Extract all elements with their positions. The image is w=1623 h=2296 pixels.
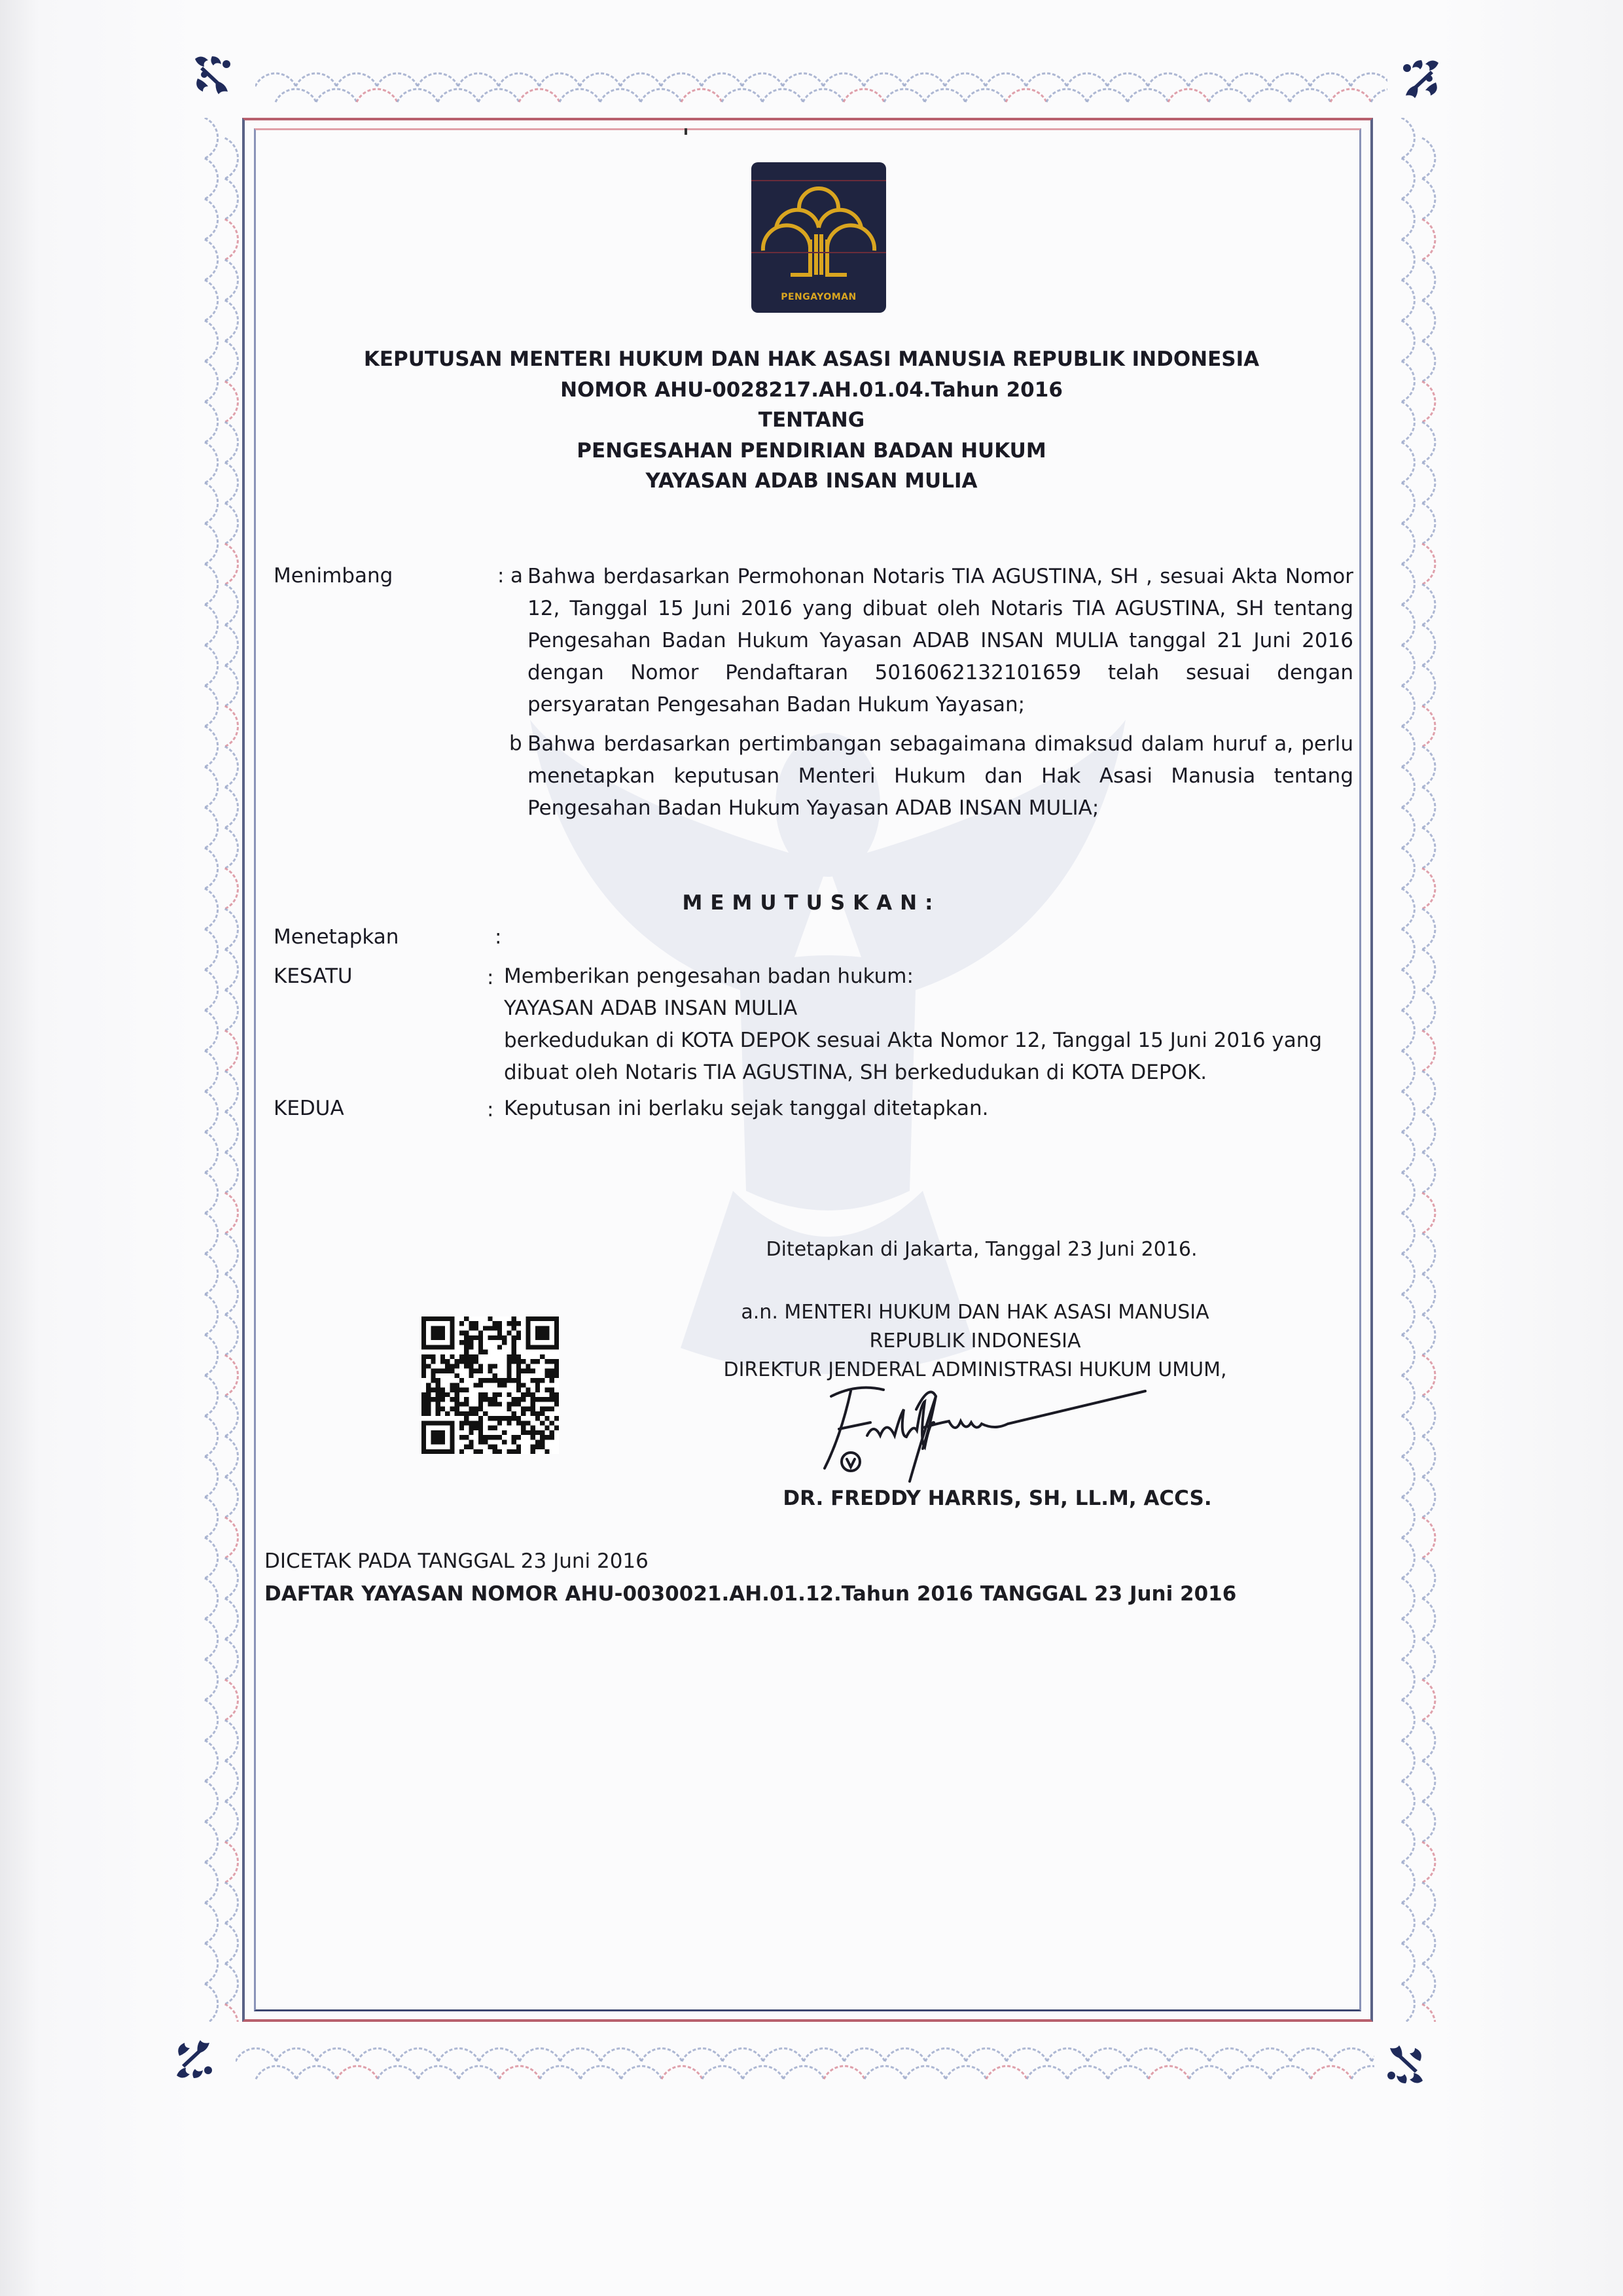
qr-code[interactable] [421, 1316, 559, 1454]
signer-name: DR. FREDDY HARRIS, SH, LL.M, ACCS. [736, 1484, 1259, 1513]
title-subject: PENGESAHAN PENDIRIAN BADAN HUKUM [262, 436, 1361, 467]
place-date: Ditetapkan di Jakarta, Tanggal 23 Juni 2… [720, 1235, 1243, 1264]
text-line: Bahwa berdasarkan pertimbangan sebagaima… [527, 728, 1353, 760]
item-letter-b: b [509, 732, 522, 755]
menetapkan-colon: : [495, 925, 501, 949]
kesatu-line-3: berkedudukan di KOTA DEPOK sesuai Akta N… [504, 1025, 1322, 1057]
menimbang-item-a: Bahwa berdasarkan Permohonan Notaris TIA… [527, 561, 1353, 721]
border-pattern-right [1381, 118, 1440, 2022]
text-line: 12, Tanggal 15 Juni 2016 yang dibuat ole… [527, 593, 1353, 625]
text-line: Pengesahan Badan Hukum Yayasan ADAB INSA… [527, 792, 1353, 824]
corner-ornament-icon [171, 2036, 217, 2082]
border-pattern-top [255, 63, 1387, 115]
text-line: Pengesahan Badan Hukum Yayasan ADAB INSA… [527, 625, 1353, 657]
handwritten-signature-icon [805, 1377, 1165, 1488]
kesatu-line-4: dibuat oleh Notaris TIA AGUSTINA, SH ber… [504, 1057, 1207, 1089]
on-behalf-line-2: REPUBLIK INDONESIA [713, 1327, 1237, 1356]
kesatu-foundation-name: YAYASAN ADAB INSAN MULIA [504, 993, 797, 1025]
item-letter-a: a [510, 564, 523, 588]
menimbang-colon: : [497, 564, 504, 588]
kedua-colon: : [487, 1098, 493, 1122]
banyan-tree-emblem-icon [751, 162, 886, 313]
title-tentang: TENTANG [262, 405, 1361, 436]
kedua-label: KEDUA [274, 1097, 344, 1120]
pengayoman-logo: PENGAYOMAN [751, 162, 886, 313]
kedua-text: Keputusan ini berlaku sejak tanggal dite… [504, 1093, 988, 1125]
border-pattern-bottom [236, 2035, 1374, 2094]
decree-title: KEPUTUSAN MENTERI HUKUM DAN HAK ASASI MA… [262, 344, 1361, 497]
register-number: DAFTAR YAYASAN NOMOR AHU-0030021.AH.01.1… [264, 1582, 1236, 1606]
menimbang-item-b: Bahwa berdasarkan pertimbangan sebagaima… [527, 728, 1353, 824]
foundation-name: YAYASAN ADAB INSAN MULIA [262, 466, 1361, 497]
logo-caption: PENGAYOMAN [751, 292, 886, 302]
title-line-1: KEPUTUSAN MENTERI HUKUM DAN HAK ASASI MA… [262, 344, 1361, 375]
corner-ornament-icon [1382, 2041, 1428, 2087]
text-line: Bahwa berdasarkan Permohonan Notaris TIA… [527, 561, 1353, 593]
border-pattern-left [185, 118, 242, 2022]
text-line: persyaratan Pengesahan Badan Hukum Yayas… [527, 689, 1353, 721]
text-line: dengan Nomor Pendaftaran 501606213210165… [527, 657, 1353, 689]
text-line: menetapkan keputusan Menteri Hukum dan H… [527, 760, 1353, 792]
memutuskan-heading: MEMUTUSKAN: [262, 891, 1361, 915]
printed-date: DICETAK PADA TANGGAL 23 Juni 2016 [264, 1549, 649, 1573]
kesatu-colon: : [487, 966, 493, 989]
corner-ornament-icon [190, 52, 236, 98]
menimbang-label: Menimbang [274, 564, 393, 588]
decree-number: NOMOR AHU-0028217.AH.01.04.Tahun 2016 [262, 375, 1361, 406]
menetapkan-label: Menetapkan [274, 925, 399, 949]
signature-authority: a.n. MENTERI HUKUM DAN HAK ASASI MANUSIA… [713, 1298, 1237, 1385]
on-behalf-line-1: a.n. MENTERI HUKUM DAN HAK ASASI MANUSIA [713, 1298, 1237, 1327]
kesatu-line-1: Memberikan pengesahan badan hukum: [504, 961, 914, 993]
kesatu-label: KESATU [274, 964, 353, 988]
scan-speck [685, 128, 687, 135]
corner-ornament-icon [1398, 56, 1444, 102]
